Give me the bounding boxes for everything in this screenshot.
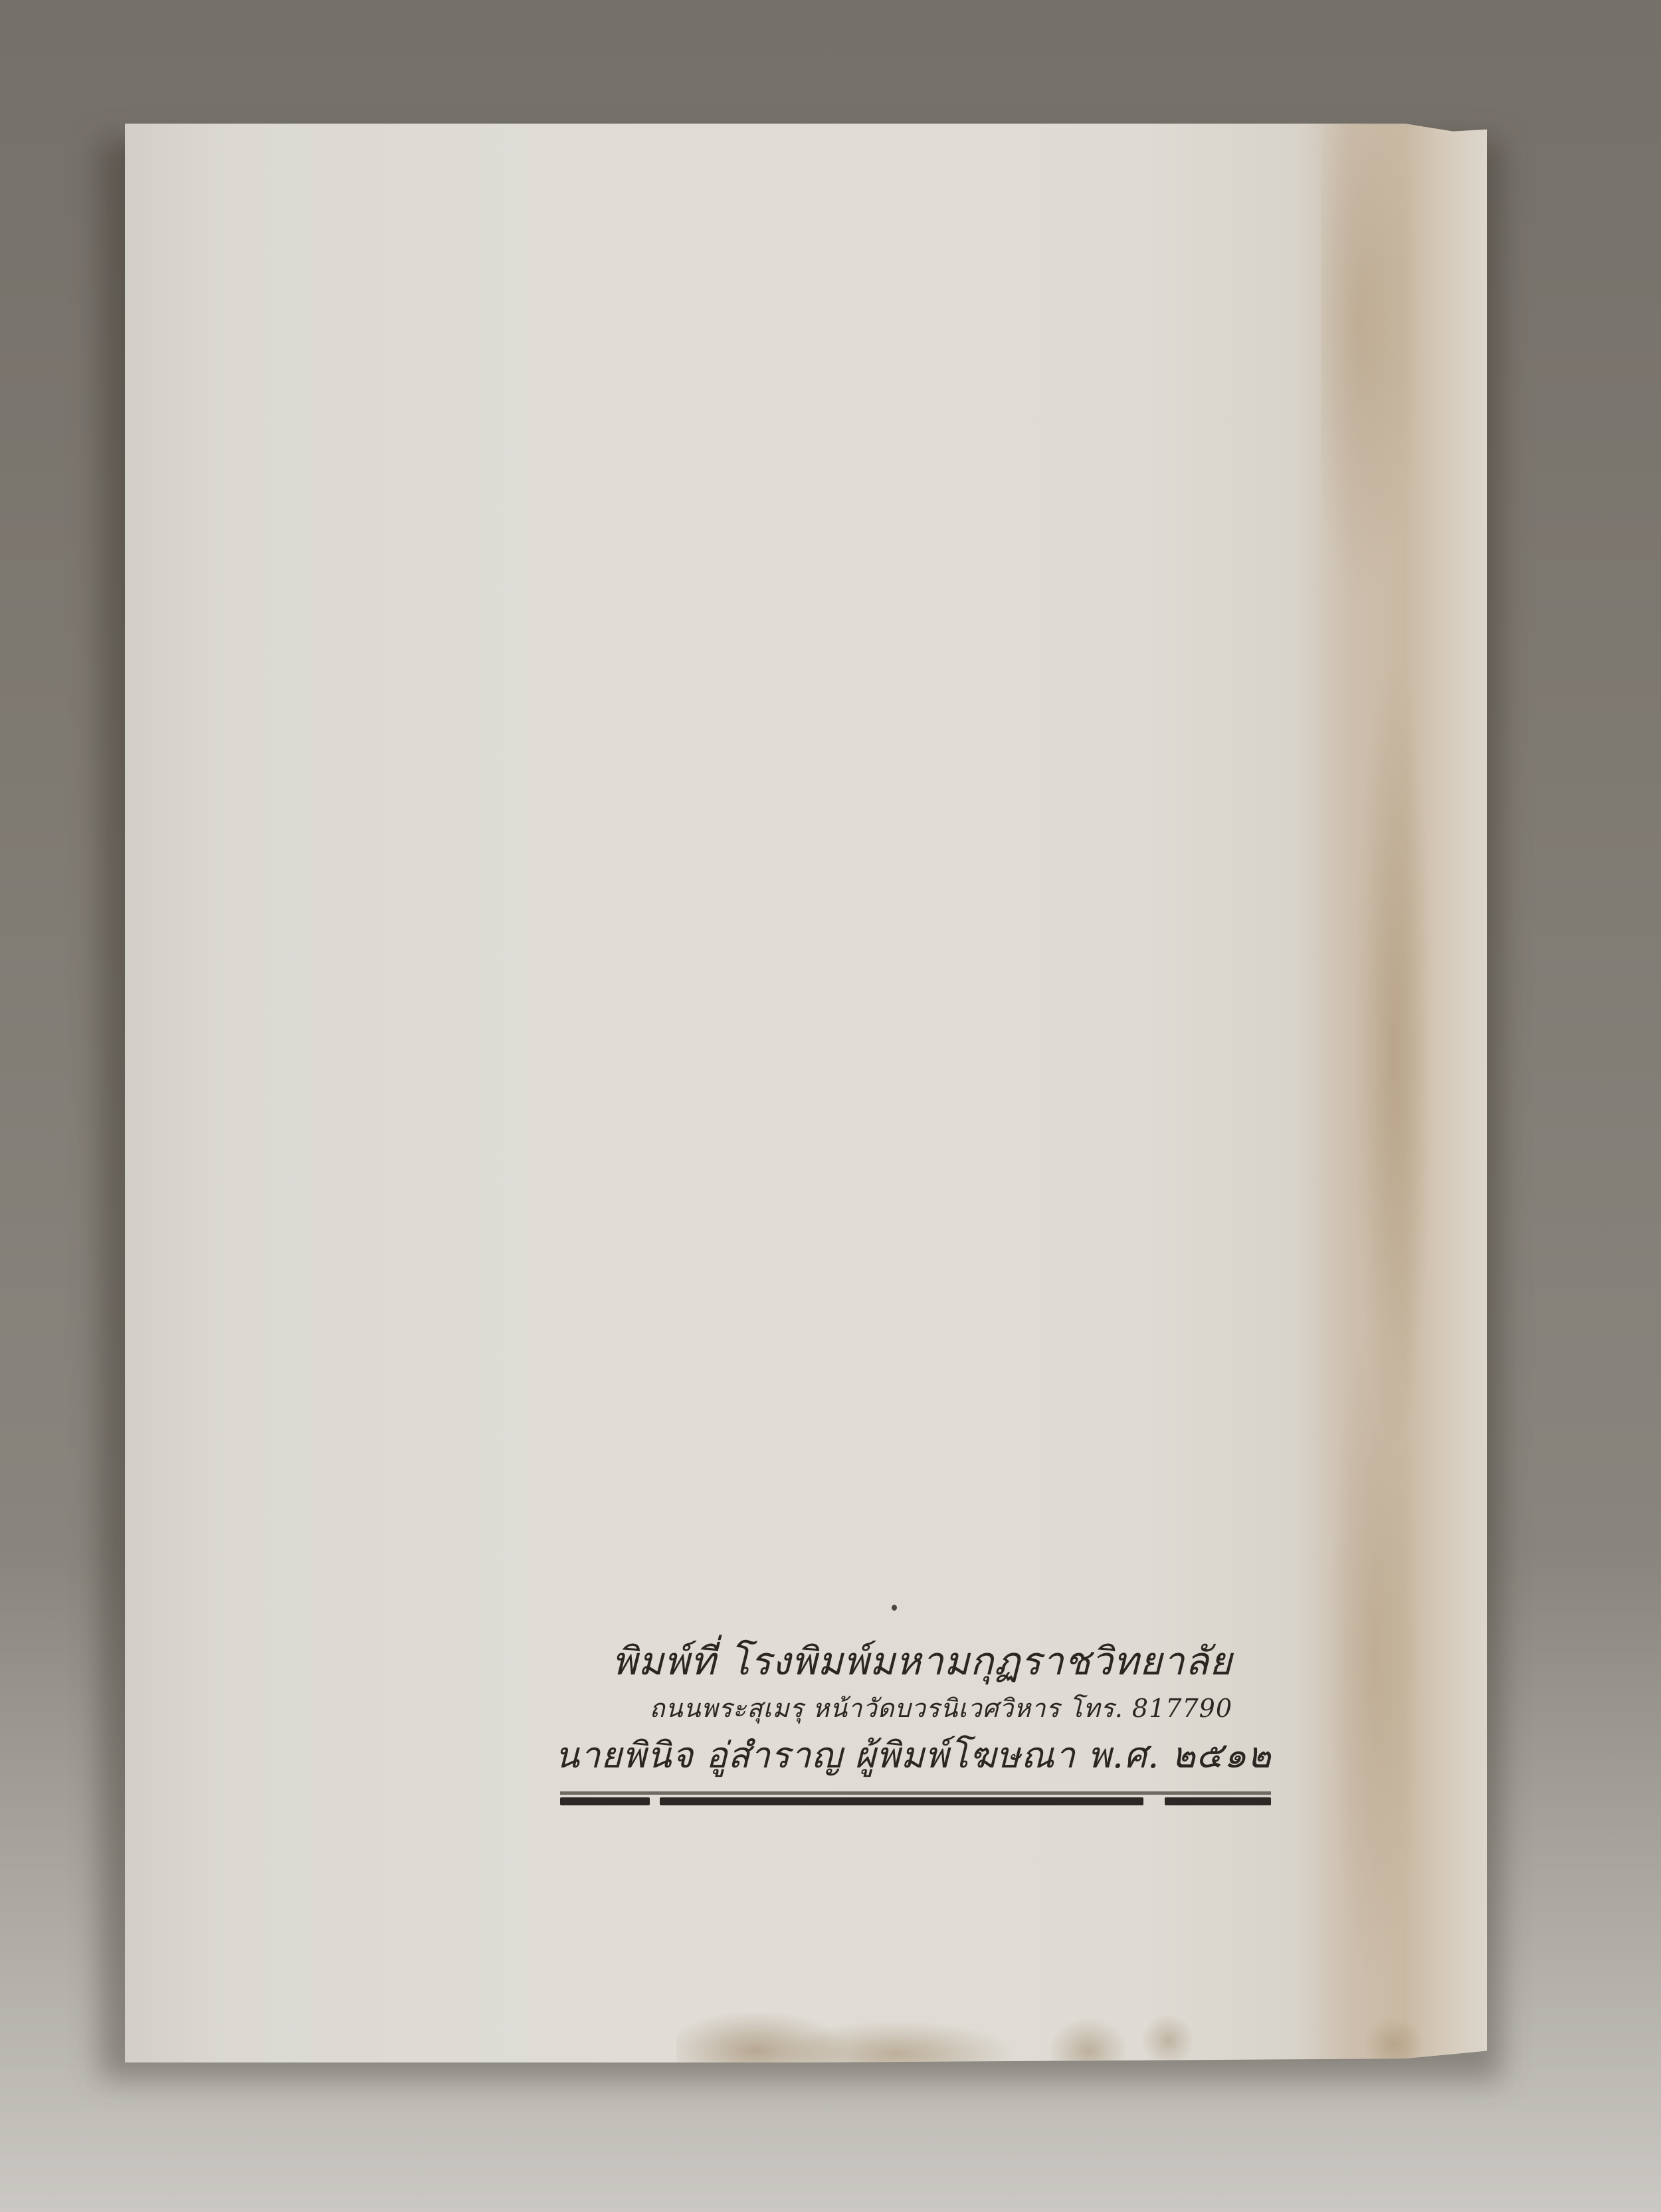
imprint-publisher-year: นายพินิจ อู่สำราญ ผู้พิมพ์โฆษณา พ.ศ. ๒๕๑… <box>555 1729 1272 1782</box>
rule-segment <box>560 1797 650 1805</box>
printer-imprint: พิมพ์ที่ โรงพิมพ์มหามกุฏราชวิทยาลัย ถนนพ… <box>555 1635 1272 1806</box>
rule-thin-line <box>560 1791 1271 1795</box>
worn-bottom-edge <box>676 2011 1540 2062</box>
rule-segment <box>660 1797 1143 1805</box>
rule-segment <box>1165 1797 1271 1805</box>
imprint-address: ถนนพระสุเมรุ หน้าวัดบวรนิเวศวิหาร โทร. 8… <box>555 1688 1272 1729</box>
ink-speck <box>892 1605 897 1611</box>
imprint-underline-rule <box>560 1791 1271 1806</box>
imprint-printer-name: พิมพ์ที่ โรงพิมพ์มหามกุฏราชวิทยาลัย <box>555 1635 1272 1688</box>
